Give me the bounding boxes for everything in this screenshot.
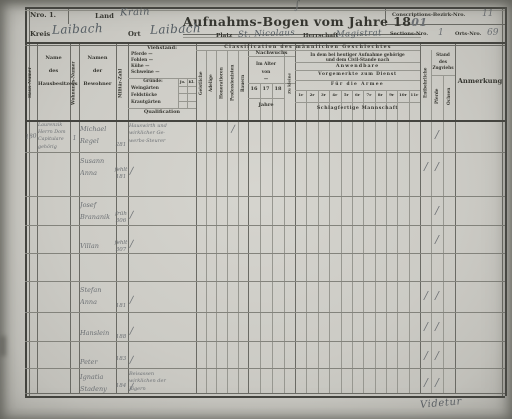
military-number-value: 184 [114, 376, 128, 390]
qualification-value: Hauswirth und wirklicher Ge- werbs-Steur… [129, 123, 193, 145]
livestock-box-title: Viehstand: [128, 46, 196, 52]
pool-header: In dem bei heutiger Aufnahme gehörige un… [297, 52, 418, 62]
inhabitant-name-value: Susann Anna [80, 155, 116, 180]
classification-title: Classification des männlichen Geschlecht… [196, 45, 420, 50]
military-number-value: 281 [114, 128, 128, 149]
military-number-value: früh 306 [114, 204, 128, 225]
pool-cell: 11r [409, 93, 420, 98]
grid-line [25, 396, 505, 398]
house-number-value [24, 237, 38, 238]
grid-line [25, 42, 505, 44]
column-inhabitant-names: Namen der Bewohner [80, 52, 115, 91]
inhabitant-name-value: Villan [80, 228, 116, 253]
right-tally-mark-1: ∕ [421, 160, 431, 173]
grid-line [178, 93, 196, 94]
age-unit-label: Jahre [248, 103, 284, 109]
table-row: Peter 183 ∕ ∕ ∕ [0, 341, 512, 368]
sheet-number: Nro. 1. [30, 12, 56, 20]
house-number-value [24, 353, 38, 354]
right-tally-mark-1: ∕ [421, 320, 431, 333]
table-row: Stefan Anna 181 ∕ ∕ ∕ [0, 281, 512, 312]
grid-line [178, 86, 196, 87]
pool-cell: 10r [397, 93, 408, 98]
right-tally-mark-1: ∕ [421, 289, 431, 302]
draft-oxen-column: Ochsen [444, 77, 455, 115]
pool-cell: 9r [386, 93, 397, 98]
inspector-signature: Videtur [420, 396, 463, 412]
military-number-value: 188 [114, 320, 128, 341]
grid-line [295, 90, 420, 91]
tally-mark: ∕ [127, 295, 136, 307]
inhabitant-name-value: Peter [80, 344, 116, 369]
pool-cell: 3r [318, 93, 329, 98]
herrschaft-label: Herrschaft [303, 33, 338, 40]
class-category: Geistliche [197, 53, 206, 113]
inhabitant-name-value: Michael Regel [80, 123, 116, 148]
draft-animal-box-title: Stand des Zugviehs [431, 52, 455, 72]
inhabitant-name-value: Ignatia Stadeny [80, 371, 116, 396]
ort-label: Ort [128, 31, 141, 39]
class-category: Professionisten [228, 53, 238, 113]
orts-number-value-handwritten: 69 [487, 28, 498, 39]
house-number-value [24, 324, 38, 325]
pool-cell: 5r [341, 93, 352, 98]
grid-line [295, 102, 420, 103]
land-value-handwritten: Krain [120, 6, 150, 19]
column-military-number: Militär-Zahl [117, 50, 127, 116]
military-number-value: fehlt 181 [114, 160, 128, 181]
right-tally-mark-2: ∕ [432, 349, 442, 362]
classification-tally-mark: ∕ [228, 124, 238, 136]
grid-line [178, 101, 196, 102]
pool-vorgemerkte: Vorgemerkte zum Dienst [295, 72, 420, 77]
grid-line [248, 98, 284, 99]
house-number-value: 180 [24, 132, 39, 141]
draft-horses-column: Pferde [432, 77, 443, 115]
column-owner-name: Name des Hausbesitzers [38, 52, 69, 91]
military-number-value: fehlt 307 [114, 233, 128, 254]
sections-value-handwritten: 1 [438, 28, 444, 39]
column-house-number: Haus-Numer [26, 50, 37, 116]
form-title: Aufnahms-Bogen vom Jahre 1801 [183, 15, 409, 29]
class-category: Honoratioren [217, 53, 227, 113]
livestock-row: Schweine — [131, 71, 193, 76]
tally-mark: ∕ [127, 326, 136, 338]
pool-footer: Schlagfertige Mannschaft [295, 106, 420, 111]
table-row [0, 253, 512, 281]
grid-line [25, 7, 505, 9]
table-row: 180 Laurenzik Herrn Dom Capitulare gehör… [0, 120, 512, 152]
house-number-value [24, 265, 38, 266]
right-tally-mark-2: ∕ [432, 128, 442, 141]
table-row: Villan fehlt 307 ∕ ∕ [0, 225, 512, 253]
herrschaft-value-handwritten: Magistrat [336, 28, 382, 40]
grounds-col-joch: Jo. [178, 80, 187, 84]
right-tally-mark-2: ∕ [432, 204, 442, 217]
grounds-row: Feldstücke [131, 94, 177, 99]
ort-value-handwritten: Laibach [150, 21, 202, 37]
scanned-conscription-form: Nro. 1. Land Krain Aufnahms-Bogen vom Ja… [0, 0, 512, 419]
qualification-value: Beisassen wirklichen der Jägern [129, 371, 193, 393]
inhabitant-name-value: Josef Brananik [80, 199, 116, 224]
right-tally-mark-2: ∕ [432, 233, 442, 246]
tally-mark: ∕ [127, 355, 136, 367]
qualification-label: Qualification [128, 110, 196, 116]
right-tally-mark-2: ∕ [432, 320, 442, 333]
right-tally-mark-1: ∕ [421, 376, 431, 389]
tally-mark: ∕ [127, 239, 136, 251]
dispensable-column: Entbehrliche [421, 52, 431, 114]
pool-cell: 8r [375, 93, 386, 98]
grounds-title: Gründe: [130, 80, 176, 85]
inhabitant-name-value: Stefan Anna [80, 284, 116, 309]
grounds-col-klafter: Kl. [187, 80, 196, 84]
platz-label: Platz [216, 33, 232, 40]
table-row: Josef Brananik früh 306 ∕ ∕ [0, 196, 512, 225]
ink-flourish: ∫ [294, 0, 300, 12]
grid-line [431, 75, 455, 76]
column-dwelling-number: Wohnungs-Numer [71, 50, 79, 116]
form-title-print: Aufnahms-Bogen vom Jahre 18 [183, 14, 411, 29]
house-number-value [24, 380, 38, 381]
pool-cell: 4r [329, 93, 340, 98]
right-tally-mark-2: ∕ [432, 160, 442, 173]
kreis-value-handwritten: Laibach [52, 21, 104, 37]
house-number-value [24, 208, 38, 209]
class-category: Bauern [239, 53, 248, 113]
land-label: Land [95, 13, 114, 21]
military-number-value: 181 [114, 289, 128, 310]
house-number-value [24, 293, 38, 294]
table-row: Ignatia Stadeny 184 ∕ Beisassen wirklich… [0, 368, 512, 393]
tally-mark: ∕ [127, 210, 136, 222]
grid-line [295, 70, 420, 71]
grid-line [25, 10, 505, 11]
inhabitant-name-value: Hanslein [80, 315, 116, 340]
scan-stain [0, 336, 6, 356]
tally-mark: ∕ [127, 166, 136, 178]
right-tally-mark-2: ∕ [432, 289, 442, 302]
conscription-district-value: 11 [482, 9, 493, 20]
age-cell-16: 16 [248, 87, 260, 93]
too-small-column: Zu kleine [285, 53, 295, 113]
sections-label: Sections-Nro. [390, 32, 428, 38]
pool-anwendbare: Anwendbare [295, 64, 420, 70]
table-row: Susann Anna fehlt 181 ∕ ∕ ∕ [0, 152, 512, 196]
kreis-label: Kreis [30, 31, 50, 39]
dwelling-number-value: 1 [70, 135, 79, 142]
right-tally-mark-1: ∕ [421, 349, 431, 362]
pool-cell: 6r [352, 93, 363, 98]
military-number-value: 183 [114, 349, 128, 363]
grounds-row: Weingärten [131, 87, 177, 92]
house-owner-value: Laurenzik Herrn Dom Capitulare gehörig [38, 122, 69, 151]
house-number-value [24, 164, 38, 165]
orts-number-label: Orts-Nro. [455, 32, 481, 38]
table-row: Hanslein 188 ∕ ∕ ∕ [0, 312, 512, 341]
class-category: Adelige [207, 53, 216, 113]
pool-cell: 2r [306, 93, 317, 98]
pool-cell: 1r [295, 93, 306, 98]
pool-cell: 7r [363, 93, 374, 98]
remark-column: Anmerkung [455, 78, 505, 86]
right-tally-mark-2: ∕ [432, 376, 442, 389]
grounds-row: Krautgärten [131, 101, 177, 106]
nachwuchs-mid-label: Im Alter von — [250, 61, 282, 84]
platz-value-handwritten: St. Nicolaus [238, 28, 295, 40]
conscription-district-label: Conscriptions-Bezirk-Nro. [392, 13, 480, 19]
pool-armee: Für die Armee [295, 82, 420, 87]
grid-line [295, 80, 420, 81]
age-cell-18: 18 [272, 87, 284, 93]
age-cell-17: 17 [260, 87, 272, 93]
